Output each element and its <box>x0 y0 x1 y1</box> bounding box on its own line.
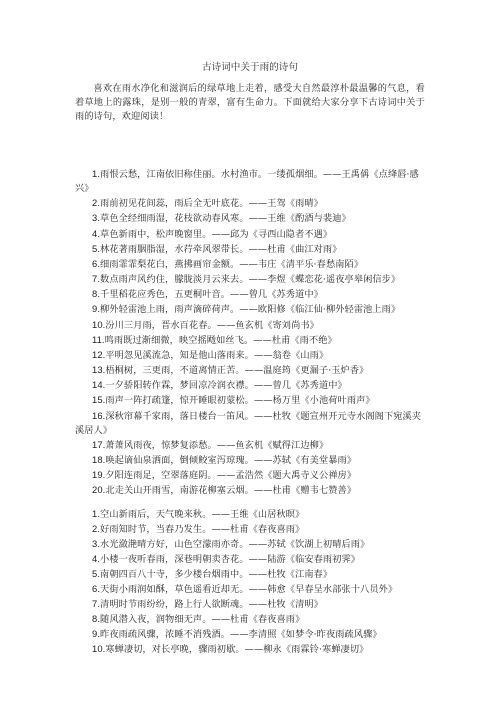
item-number: 7. <box>92 273 100 284</box>
list-item: 9.柳外轻雷池上雨，雨声滴碎荷声。——欧阳修《临江仙·柳外轻雷池上雨》 <box>75 302 427 317</box>
item-text: 清明时节雨纷纷，路上行人欲断魂。——杜牧《清明》 <box>100 599 323 610</box>
item-text: 草色新雨中，松声晚窗里。——邱为《寻西山隐者不遇》 <box>100 229 332 240</box>
poem-list-1: 1.雨恨云愁，江南依旧称佳丽。水村渔市。一缕孤烟细。——王禹偁《点绛唇·感兴》 … <box>75 167 427 498</box>
item-text: 深秋帘幕千家雨，落日楼台一笛风。——杜牧《题宣州开元寺水阁阁下宛溪夹溪居人》 <box>75 411 421 436</box>
item-number: 1. <box>92 508 100 519</box>
list-item: 18.唤起谪仙泉洒面，倒倾鲛室泻琼瑰。——苏轼《有美堂暴雨》 <box>75 453 427 468</box>
item-text: 空山新雨后，天气晚来秋。——王维《山居秋暝》 <box>100 509 304 520</box>
item-text: 一夕骄阳转作霖，梦回凉冷润衣襟。——曾几《苏秀道中》 <box>105 380 346 391</box>
list-item: 11.鸣雨既过渐细微，映空摇飏如丝飞。——杜甫《雨不绝》 <box>75 333 427 348</box>
item-text: 柳外轻雷池上雨，雨声滴碎荷声。——欧阳修《临江仙·柳外轻雷池上雨》 <box>100 304 400 315</box>
item-text: 夕阳连雨足，空翠落庭阴。——孟浩然《题大禹寺义公禅房》 <box>105 470 356 481</box>
item-number: 5. <box>92 568 100 579</box>
list-item: 10.寒蝉凄切，对长亭晚，骤雨初歇。——柳永《雨霖铃·寒蝉凄切》 <box>75 642 427 657</box>
list-item: 14.一夕骄阳转作霖，梦回凉冷润衣襟。——曾几《苏秀道中》 <box>75 378 427 393</box>
list-item: 7.清明时节雨纷纷，路上行人欲断魂。——杜牧《清明》 <box>75 597 427 612</box>
item-text: 水光潋滟晴方好，山色空濛雨亦奇。——苏轼《饮湖上初晴后雨》 <box>100 539 369 550</box>
list-item: 13.梧桐树，三更雨，不道离情正苦。——温庭筠《更漏子·玉炉香》 <box>75 363 427 378</box>
item-text: 小楼一夜听春雨，深巷明朝卖杏花。——陆游《临安春雨初霁》 <box>100 554 360 565</box>
item-text: 好雨知时节，当春乃发生。——杜甫《春夜喜雨》 <box>100 524 304 535</box>
item-text: 南朝四百八十寺，多少楼台烟雨中。——杜牧《江南春》 <box>100 569 332 580</box>
list-item: 3.水光潋滟晴方好，山色空濛雨亦奇。——苏轼《饮湖上初晴后雨》 <box>75 537 427 552</box>
item-text: 雨前初见花间蕊，雨后全无叶底花。——王驾《雨晴》 <box>100 198 323 209</box>
list-item: 20.北走关山开雨雪，南游花柳塞云烟。——杜甫《赠韦七赞善》 <box>75 483 427 498</box>
item-number: 8. <box>92 613 100 624</box>
list-item: 10.汾川三月雨，晋水百花春。——鱼玄机《寄刘尚书》 <box>75 318 427 333</box>
item-number: 5. <box>92 243 100 254</box>
item-number: 19. <box>92 469 105 480</box>
item-text: 千里稻花应秀色，五更桐叶音。——曾几《苏秀道中》 <box>100 289 323 300</box>
item-number: 14. <box>92 379 105 390</box>
item-number: 9. <box>92 628 100 639</box>
list-item: 16.深秋帘幕千家雨，落日楼台一笛风。——杜牧《题宣州开元寺水阁阁下宛溪夹溪居人… <box>75 409 427 438</box>
list-item: 17.萧萧风雨夜，惊梦复添愁。——鱼玄机《赋得江边柳》 <box>75 438 427 453</box>
item-number: 17. <box>92 439 105 450</box>
item-text: 天街小雨润如酥，草色遥看近却无。——韩愈《早春呈水部张十八员外》 <box>100 584 397 595</box>
list-item: 12.平明忽见溪流急，知是他山落雨来。——翁卷《山雨》 <box>75 348 427 363</box>
item-number: 16. <box>92 410 105 421</box>
list-item: 6.天街小雨润如酥，草色遥看近却无。——韩愈《早春呈水部张十八员外》 <box>75 582 427 597</box>
item-text: 汾川三月雨，晋水百花春。——鱼玄机《寄刘尚书》 <box>105 320 319 331</box>
item-number: 10. <box>92 319 105 330</box>
list-item: 4.小楼一夜听春雨，深巷明朝卖杏花。——陆游《临安春雨初霁》 <box>75 552 427 567</box>
item-text: 数点雨声风约住，朦胧淡月云来去。——李煜《蝶恋花·遥夜亭皋闲信步》 <box>100 274 400 285</box>
item-text: 随风潜入夜，润物细无声。——杜甫《春夜喜雨》 <box>100 614 304 625</box>
item-text: 鸣雨既过渐细微，映空摇飏如丝飞。——杜甫《雨不绝》 <box>105 335 337 346</box>
item-text: 平明忽见溪流急，知是他山落雨来。——翁卷《山雨》 <box>105 350 328 361</box>
list-item: 3.草色全经细雨湿，花枝欲动春风寒。——王维《酌酒与裴迪》 <box>75 211 427 226</box>
list-item: 1.空山新雨后，天气晚来秋。——王维《山居秋暝》 <box>75 507 427 522</box>
item-number: 8. <box>92 288 100 299</box>
list-item: 8.随风潜入夜，润物细无声。——杜甫《春夜喜雨》 <box>75 612 427 627</box>
list-item: 9.昨夜雨疏风骤，浓睡不消残酒。——李清照《如梦令·昨夜雨疏风骤》 <box>75 627 427 642</box>
item-number: 10. <box>92 643 105 654</box>
item-text: 寒蝉凄切，对长亭晚，骤雨初歇。——柳永《雨霖铃·寒蝉凄切》 <box>105 644 368 655</box>
item-number: 4. <box>92 553 100 564</box>
item-text: 北走关山开雨雪，南游花柳塞云烟。——杜甫《赠韦七赞善》 <box>105 485 356 496</box>
item-number: 9. <box>92 303 100 314</box>
item-text: 草色全经细雨湿，花枝欲动春风寒。——王维《酌酒与裴迪》 <box>100 213 351 224</box>
list-item: 1.雨恨云愁，江南依旧称佳丽。水村渔市。一缕孤烟细。——王禹偁《点绛唇·感兴》 <box>75 167 427 196</box>
item-number: 3. <box>92 212 100 223</box>
list-item: 15.雨声一阵打疏篷，惊开睡眼初蒙松。——杨万里《小池荷叶雨声》 <box>75 393 427 408</box>
item-text: 萧萧风雨夜，惊梦复添愁。——鱼玄机《赋得江边柳》 <box>105 440 328 451</box>
item-number: 6. <box>92 258 100 269</box>
item-text: 细雨霏霏梨花白，燕拂画帘金额。——韦庄《清平乐·春愁南陌》 <box>100 259 363 270</box>
item-number: 2. <box>92 197 100 208</box>
item-number: 13. <box>92 364 105 375</box>
list-item: 8.千里稻花应秀色，五更桐叶音。——曾几《苏秀道中》 <box>75 287 427 302</box>
item-number: 2. <box>92 523 100 534</box>
poem-list-2: 1.空山新雨后，天气晚来秋。——王维《山居秋暝》 2.好雨知时节，当春乃发生。—… <box>75 507 427 657</box>
item-text: 雨恨云愁，江南依旧称佳丽。水村渔市。一缕孤烟细。——王禹偁《点绛唇·感兴》 <box>75 169 419 194</box>
list-item: 5.林花著雨胭脂湿，水荇牵风翠带长。——杜甫《曲江对雨》 <box>75 242 427 257</box>
list-item: 19.夕阳连雨足，空翠落庭阴。——孟浩然《题大禹寺义公禅房》 <box>75 468 427 483</box>
item-text: 唤起谪仙泉洒面，倒倾鲛室泻琼瑰。——苏轼《有美堂暴雨》 <box>105 455 356 466</box>
list-item: 4.草色新雨中，松声晚窗里。——邱为《寻西山隐者不遇》 <box>75 227 427 242</box>
item-number: 1. <box>92 168 100 179</box>
item-text: 梧桐树，三更雨，不道离情正苦。——温庭筠《更漏子·玉炉香》 <box>105 365 368 376</box>
list-item: 2.好雨知时节，当春乃发生。——杜甫《春夜喜雨》 <box>75 522 427 537</box>
item-number: 20. <box>92 484 105 495</box>
item-number: 4. <box>92 228 100 239</box>
page-title: 古诗词中关于雨的诗句 <box>0 61 500 75</box>
item-number: 11. <box>92 334 105 345</box>
item-number: 12. <box>92 349 105 360</box>
list-item: 5.南朝四百八十寺，多少楼台烟雨中。——杜牧《江南春》 <box>75 567 427 582</box>
item-number: 7. <box>92 598 100 609</box>
item-number: 18. <box>92 454 105 465</box>
item-number: 15. <box>92 394 105 405</box>
list-item: 2.雨前初见花间蕊，雨后全无叶底花。——王驾《雨晴》 <box>75 196 427 211</box>
list-item: 6.细雨霏霏梨花白，燕拂画帘金额。——韦庄《清平乐·春愁南陌》 <box>75 257 427 272</box>
item-number: 3. <box>92 538 100 549</box>
item-number: 6. <box>92 583 100 594</box>
item-text: 雨声一阵打疏篷，惊开睡眼初蒙松。——杨万里《小池荷叶雨声》 <box>105 395 374 406</box>
intro-paragraph: 喜欢在雨水净化和滋润后的绿草地上走着，感受大自然最淳朴最温馨的气息，看着草地上的… <box>75 82 425 124</box>
item-text: 昨夜雨疏风骤，浓睡不消残酒。——李清照《如梦令·昨夜雨疏风骤》 <box>100 629 382 640</box>
list-item: 7.数点雨声风约住，朦胧淡月云来去。——李煜《蝶恋花·遥夜亭皋闲信步》 <box>75 272 427 287</box>
item-text: 林花著雨胭脂湿，水荇牵风翠带长。——杜甫《曲江对雨》 <box>100 244 341 255</box>
